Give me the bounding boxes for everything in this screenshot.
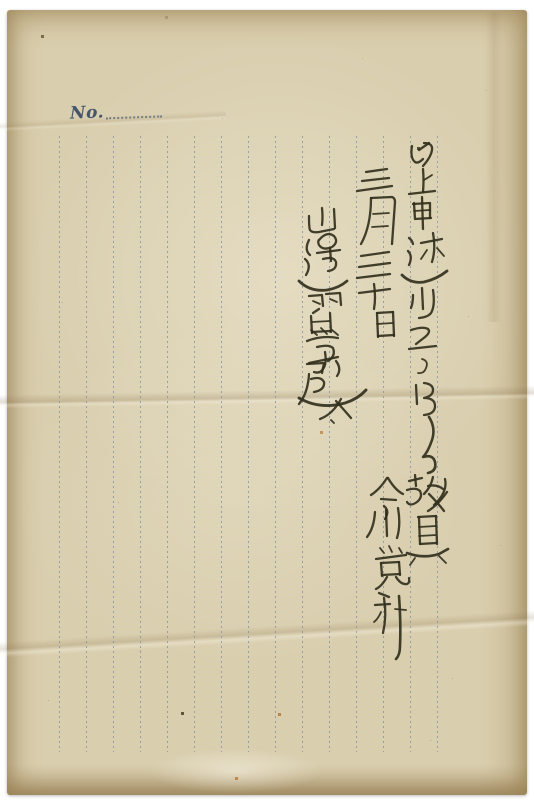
scanned-document: No. xyxy=(0,0,534,800)
foxing-specks xyxy=(0,0,1,1)
paper-sheet xyxy=(7,10,527,795)
no-label-dotted-line xyxy=(106,111,162,119)
no-label: No. xyxy=(70,102,163,122)
no-label-text: No. xyxy=(70,104,105,122)
